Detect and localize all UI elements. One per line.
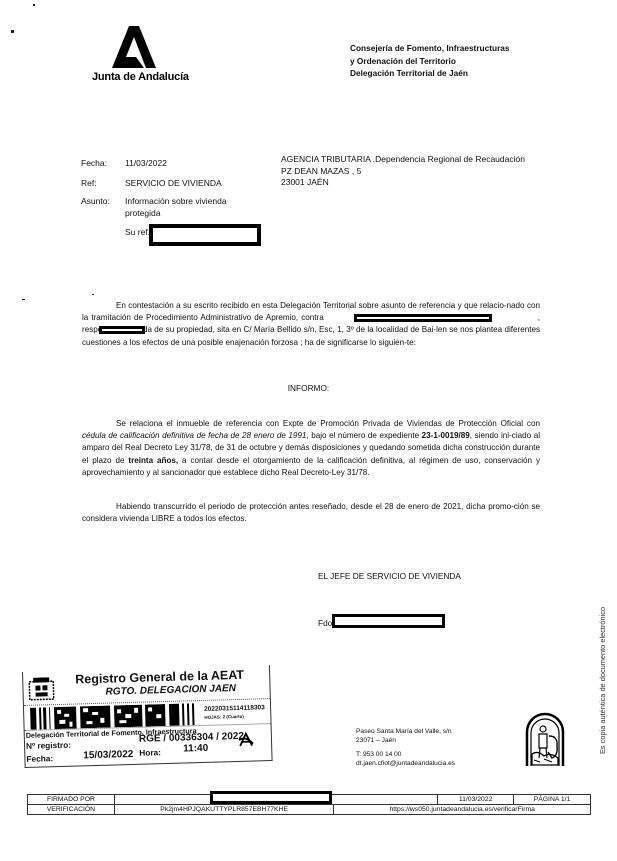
stamp-barcode-number: 20220315114118303 — [204, 704, 265, 713]
paragraph-conclusion: Habiendo transcurrido el periodo de prot… — [82, 501, 540, 525]
stamp-hora-value: 11:40 — [183, 743, 208, 755]
paragraph-intro: En contestación a su escrito recibido en… — [82, 300, 540, 349]
footer-address: Paseo Santa María del Valle, s/n 23071 –… — [356, 727, 455, 769]
stamp-fecha-value: 15/03/2022 — [83, 749, 133, 761]
asunto-value-line1: Información sobre vivienda — [125, 196, 227, 206]
department-line: Consejería de Fomento, Infraestructuras — [350, 42, 510, 55]
address-line: 23071 – Jaén — [356, 736, 455, 745]
signature-table: FIRMADO POR 11/03/2022 PÁGINA 1/1 VERIFI… — [27, 794, 591, 815]
paragraph-informe: Se relaciona el inmueble de referencia c… — [82, 418, 540, 479]
logo-name: Junta de Andalucía — [92, 71, 189, 83]
address-line: Paseo Santa María del Valle, s/n — [356, 727, 455, 736]
signer-title: EL JEFE DE SERVICIO DE VIVIENDA — [318, 571, 461, 581]
email: dt.jaen.cfiot@juntadeandalucia.es — [356, 759, 455, 768]
informo-heading: INFORMO: — [0, 383, 617, 393]
registry-stamp: Registro General de la AEAT RGTO. DELEGA… — [22, 665, 273, 768]
authentic-copy-note: Es copia auténtica de documento electrón… — [598, 607, 607, 754]
scan-speck — [22, 299, 25, 300]
stamp-registro-label: Nº registro: — [26, 740, 71, 751]
page-number: PÁGINA 1/1 — [514, 795, 591, 805]
fecha-label: Fecha: — [81, 158, 107, 168]
recipient-line: AGENCIA TRIBUTARIA .Dependencia Regional… — [281, 154, 525, 166]
ref-label: Ref: — [81, 178, 97, 188]
expediente-number: 23-1-0019/89 — [422, 431, 470, 440]
conclusion-text: Habiendo transcurrido el periodo de prot… — [82, 502, 540, 523]
scan-speck — [33, 4, 35, 6]
asunto-value-line2: protegida — [125, 208, 160, 218]
stamp-hojas: HOJAS: 2 (Cuarto) — [204, 714, 244, 720]
department-block: Consejería de Fomento, Infraestructuras … — [350, 42, 510, 80]
department-line: y Ordenación del Territorio — [350, 55, 510, 68]
informe-text-b: , bajo el número de expediente — [306, 431, 421, 440]
department-line: Delegación Territorial de Jaén — [350, 67, 510, 80]
recipient-line: 23001 JAÉN — [281, 177, 525, 189]
redacted-firmante — [210, 791, 332, 804]
cedula-italic: cédula de calificación definitiva de fec… — [82, 431, 306, 440]
junta-andalucia-logo-icon — [112, 26, 156, 68]
verification-url[interactable]: https://ws050.juntadeandalucia.es/verifi… — [334, 805, 591, 815]
recipient-address: AGENCIA TRIBUTARIA .Dependencia Regional… — [281, 154, 525, 189]
signature-row: FIRMADO POR 11/03/2022 PÁGINA 1/1 — [28, 795, 591, 805]
verification-row: VERIFICACIÓN Pk2jm4HPJQAKUTTYPLR857EBH77… — [28, 805, 591, 815]
verificacion-label: VERIFICACIÓN — [28, 805, 115, 815]
asunto-label: Asunto: — [81, 196, 110, 206]
scan-speck — [11, 30, 14, 33]
stamp-hora-label: Hora: — [139, 747, 161, 758]
coat-of-arms-icon — [27, 677, 56, 702]
redacted-dni — [100, 327, 144, 333]
redacted-su-ref — [149, 224, 261, 246]
phone: T: 953 00 14 00 — [356, 750, 455, 759]
fdo-label: Fdo — [318, 618, 332, 628]
redacted-name — [355, 315, 491, 321]
stamp-subtitle: RGTO. DELEGACION JAEN — [105, 683, 236, 698]
verification-code: Pk2jm4HPJQAKUTTYPLR857EBH77KHE — [114, 805, 334, 815]
scan-speck — [92, 294, 94, 295]
informe-text-a: Se relaciona el inmueble de referencia c… — [116, 419, 540, 428]
stamp-signature-icon — [237, 732, 255, 748]
fecha-value: 11/03/2022 — [125, 158, 167, 168]
firmado-value — [114, 795, 437, 805]
firmado-label: FIRMADO POR — [28, 795, 115, 805]
ref-value: SERVICIO DE VIVIENDA — [125, 178, 222, 188]
signature-date: 11/03/2022 — [438, 795, 514, 805]
su-ref-label: Su ref. — [125, 227, 150, 237]
treinta-anos: treinta años, — [128, 456, 178, 465]
redacted-signer — [332, 614, 445, 628]
andalucia-emblem-icon — [524, 712, 566, 767]
stamp-fecha-label: Fecha: — [26, 753, 53, 764]
recipient-line: PZ DEAN MAZAS , 5 — [281, 166, 525, 178]
